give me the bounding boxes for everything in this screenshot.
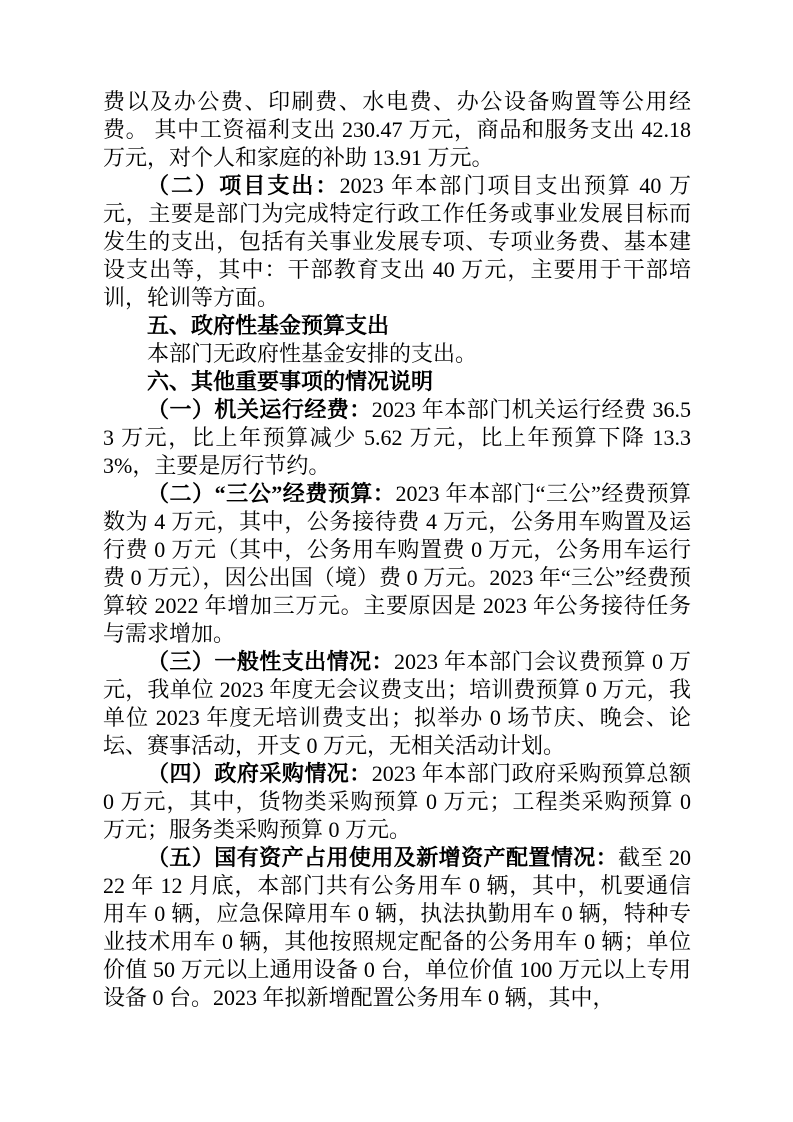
paragraph: （四）政府采购情况：2023 年本部门政府采购预算总额 0 万元，其中，货物类采… bbox=[103, 760, 691, 844]
paragraph-lead: （三）一般性支出情况： bbox=[147, 649, 394, 674]
paragraph: （三）一般性支出情况：2023 年本部门会议费预算 0 万元，我单位 2023 … bbox=[103, 648, 691, 760]
document-page: 费以及办公费、印刷费、水电费、办公设备购置等公用经费。 其中工资福利支出 230… bbox=[0, 0, 793, 1122]
paragraph-lead: （四）政府采购情况： bbox=[147, 761, 372, 786]
paragraph: （一）机关运行经费：2023 年本部门机关运行经费 36.53 万元，比上年预算… bbox=[103, 396, 691, 480]
section-heading: 六、其他重要事项的情况说明 bbox=[103, 368, 691, 396]
paragraph-lead: （一）机关运行经费： bbox=[147, 397, 372, 422]
paragraph: 费以及办公费、印刷费、水电费、办公设备购置等公用经费。 其中工资福利支出 230… bbox=[103, 88, 691, 172]
paragraph-lead: 六、其他重要事项的情况说明 bbox=[147, 369, 433, 394]
paragraph: （二）“三公”经费预算：2023 年本部门“三公”经费预算数为 4 万元，其中，… bbox=[103, 480, 691, 648]
paragraph-lead: （二）“三公”经费预算： bbox=[147, 481, 395, 506]
paragraph: （二）项目支出：2023 年本部门项目支出预算 40 万元，主要是部门为完成特定… bbox=[103, 172, 691, 312]
paragraph-lead: （二）项目支出： bbox=[147, 173, 340, 198]
paragraph: 本部门无政府性基金安排的支出。 bbox=[103, 340, 691, 368]
paragraph-lead: 五、政府性基金预算支出 bbox=[147, 313, 389, 338]
document-body: 费以及办公费、印刷费、水电费、办公设备购置等公用经费。 其中工资福利支出 230… bbox=[103, 88, 691, 1012]
paragraph: （五）国有资产占用使用及新增资产配置情况：截至 2022 年 12 月底，本部门… bbox=[103, 844, 691, 1012]
section-heading: 五、政府性基金预算支出 bbox=[103, 312, 691, 340]
paragraph-lead: （五）国有资产占用使用及新增资产配置情况： bbox=[147, 845, 618, 870]
